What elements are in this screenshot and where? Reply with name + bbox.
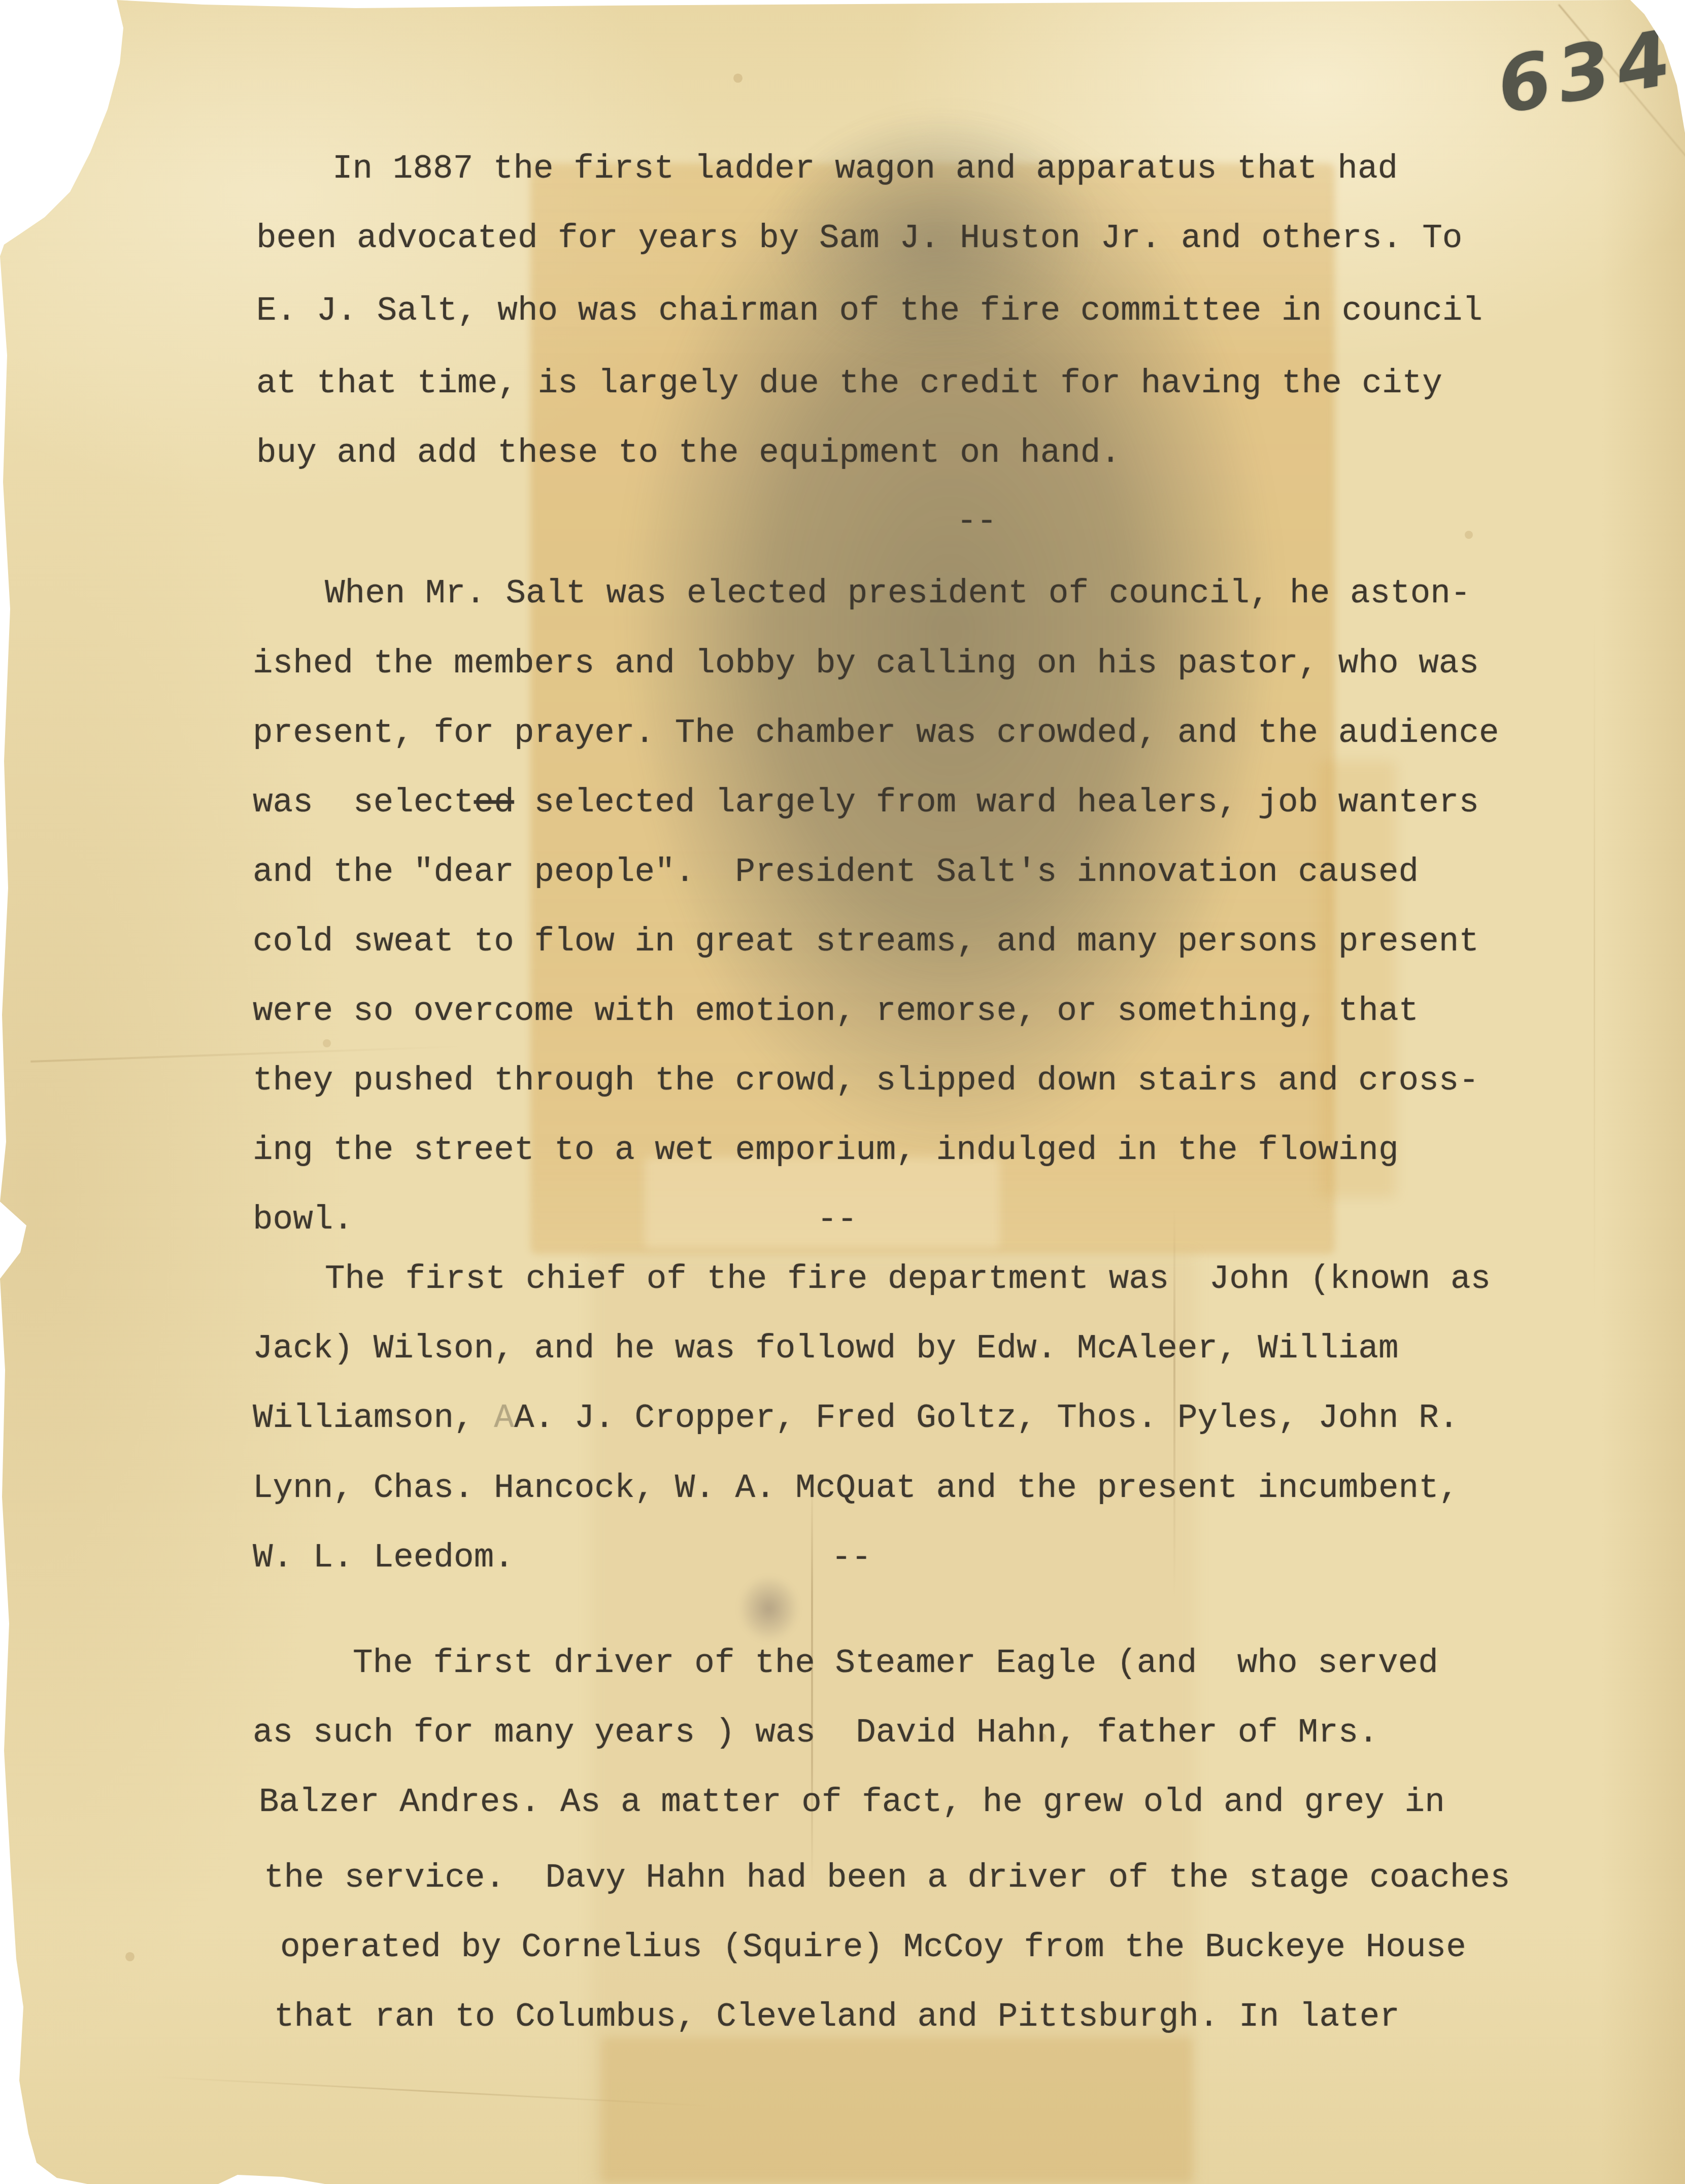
typed-line: W. L. Leedom. bbox=[253, 1539, 514, 1577]
dash-separator: -- bbox=[817, 1201, 857, 1239]
typed-line: that ran to Columbus, Cleveland and Pitt… bbox=[274, 1998, 1400, 2036]
typed-line: buy and add these to the equipment on ha… bbox=[256, 434, 1121, 472]
text-layer: In 1887 the first ladder wagon and appar… bbox=[0, 0, 1685, 2184]
typed-line: cold sweat to flow in great streams, and… bbox=[253, 923, 1479, 961]
typed-line: were so overcome with emotion, remorse, … bbox=[253, 992, 1419, 1031]
typed-line: as such for many years ) was David Hahn,… bbox=[253, 1714, 1378, 1752]
typed-line: The first chief of the fire department w… bbox=[325, 1260, 1491, 1299]
typed-line: operated by Cornelius (Squire) McCoy fro… bbox=[280, 1928, 1466, 1967]
foxing-specks bbox=[0, 0, 4, 4]
typed-line: present, for prayer. The chamber was cro… bbox=[253, 714, 1499, 753]
typed-line: E. J. Salt, who was chairman of the fire… bbox=[256, 292, 1482, 330]
typed-line: Balzer Andres. As a matter of fact, he g… bbox=[259, 1783, 1445, 1822]
typed-line: bowl. bbox=[253, 1201, 353, 1239]
typed-line: was selected selected largely from ward … bbox=[253, 783, 1479, 822]
typed-line: ing the street to a wet emporium, indulg… bbox=[253, 1131, 1399, 1170]
dash-separator: -- bbox=[831, 1539, 871, 1577]
typed-line: at that time, is largely due the credit … bbox=[256, 364, 1442, 403]
typed-line: and the "dear people". President Salt's … bbox=[253, 853, 1419, 892]
typed-line: Lynn, Chas. Hancock, W. A. McQuat and th… bbox=[253, 1469, 1459, 1508]
typed-line: When Mr. Salt was elected president of c… bbox=[325, 574, 1471, 613]
scan-background: 634 In 1887 the first ladder wagon and a… bbox=[0, 0, 1685, 2184]
typed-line: the service. Davy Hahn had been a driver… bbox=[264, 1859, 1510, 1897]
typed-line: The first driver of the Steamer Eagle (a… bbox=[353, 1644, 1438, 1683]
typed-line: ished the members and lobby by calling o… bbox=[253, 644, 1479, 683]
typed-line: In 1887 the first ladder wagon and appar… bbox=[332, 150, 1398, 188]
typed-line: Jack) Wilson, and he was followd by Edw.… bbox=[253, 1329, 1399, 1368]
dash-separator: -- bbox=[957, 502, 997, 541]
typed-line: Williamson, AA. J. Cropper, Fred Goltz, … bbox=[253, 1399, 1459, 1438]
document-page: 634 In 1887 the first ladder wagon and a… bbox=[0, 0, 1685, 2184]
typed-line: been advocated for years by Sam J. Husto… bbox=[256, 219, 1462, 258]
typed-line: they pushed through the crowd, slipped d… bbox=[253, 1062, 1479, 1100]
